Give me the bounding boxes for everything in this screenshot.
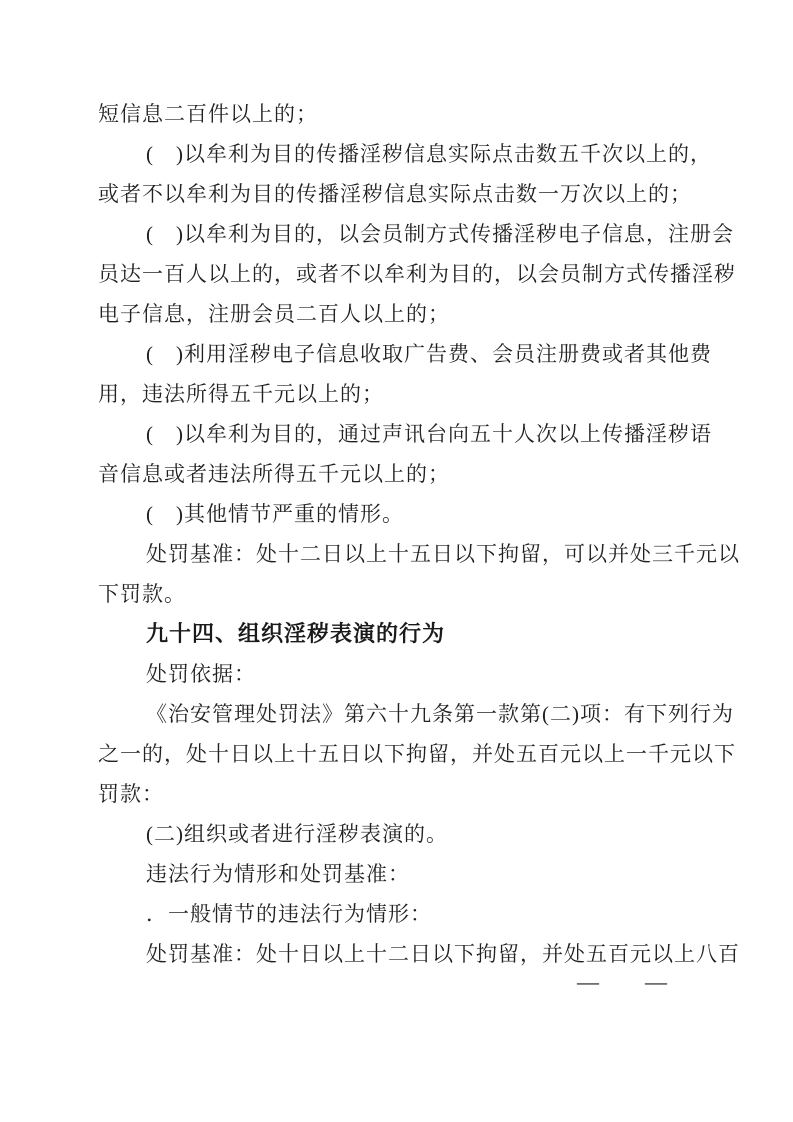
- text-line: 音信息或者违法所得五千元以上的；: [98, 454, 698, 494]
- page-number-dash-right: —: [645, 962, 667, 1002]
- text-line: ．一般情节的违法行为情形：: [98, 894, 698, 934]
- text-line: ( )其他情节严重的情形。: [98, 494, 698, 534]
- text-line: ( )以牟利为目的，通过声讯台向五十人次以上传播淫秽语: [98, 414, 698, 454]
- text-line: 或者不以牟利为目的传播淫秽信息实际点击数一万次以上的；: [98, 174, 698, 214]
- text-line: 用，违法所得五千元以上的；: [98, 374, 698, 414]
- text-line: 电子信息，注册会员二百人以上的；: [98, 294, 698, 334]
- text-line: 《治安管理处罚法》第六十九条第一款第(二)项：有下列行为: [98, 694, 698, 734]
- text-line: ( )以牟利为目的传播淫秽信息实际点击数五千次以上的，: [98, 134, 698, 174]
- page-number-dash-left: —: [577, 962, 599, 1002]
- text-line: (二)组织或者进行淫秽表演的。: [98, 814, 698, 854]
- text-line: 违法行为情形和处罚基准：: [98, 854, 698, 894]
- section-heading: 九十四、组织淫秽表演的行为: [98, 614, 698, 654]
- text-line: 下罚款。: [98, 574, 698, 614]
- text-line: 员达一百人以上的，或者不以牟利为目的，以会员制方式传播淫秽: [98, 254, 698, 294]
- text-line: ( )利用淫秽电子信息收取广告费、会员注册费或者其他费: [98, 334, 698, 374]
- text-line: 罚款：: [98, 774, 698, 814]
- text-line: 处罚依据：: [98, 654, 698, 694]
- text-line: 短信息二百件以上的；: [98, 94, 698, 134]
- text-line: 之一的，处十日以上十五日以下拘留，并处五百元以上一千元以下: [98, 734, 698, 774]
- text-block: 短信息二百件以上的；( )以牟利为目的传播淫秽信息实际点击数五千次以上的，或者不…: [98, 94, 698, 974]
- page-footer: — —: [577, 962, 667, 1002]
- text-line: ( )以牟利为目的，以会员制方式传播淫秽电子信息，注册会: [98, 214, 698, 254]
- document-page: { "page": { "background_color": "#ffffff…: [0, 0, 793, 1122]
- text-line: 处罚基准：处十二日以上十五日以下拘留，可以并处三千元以: [98, 534, 698, 574]
